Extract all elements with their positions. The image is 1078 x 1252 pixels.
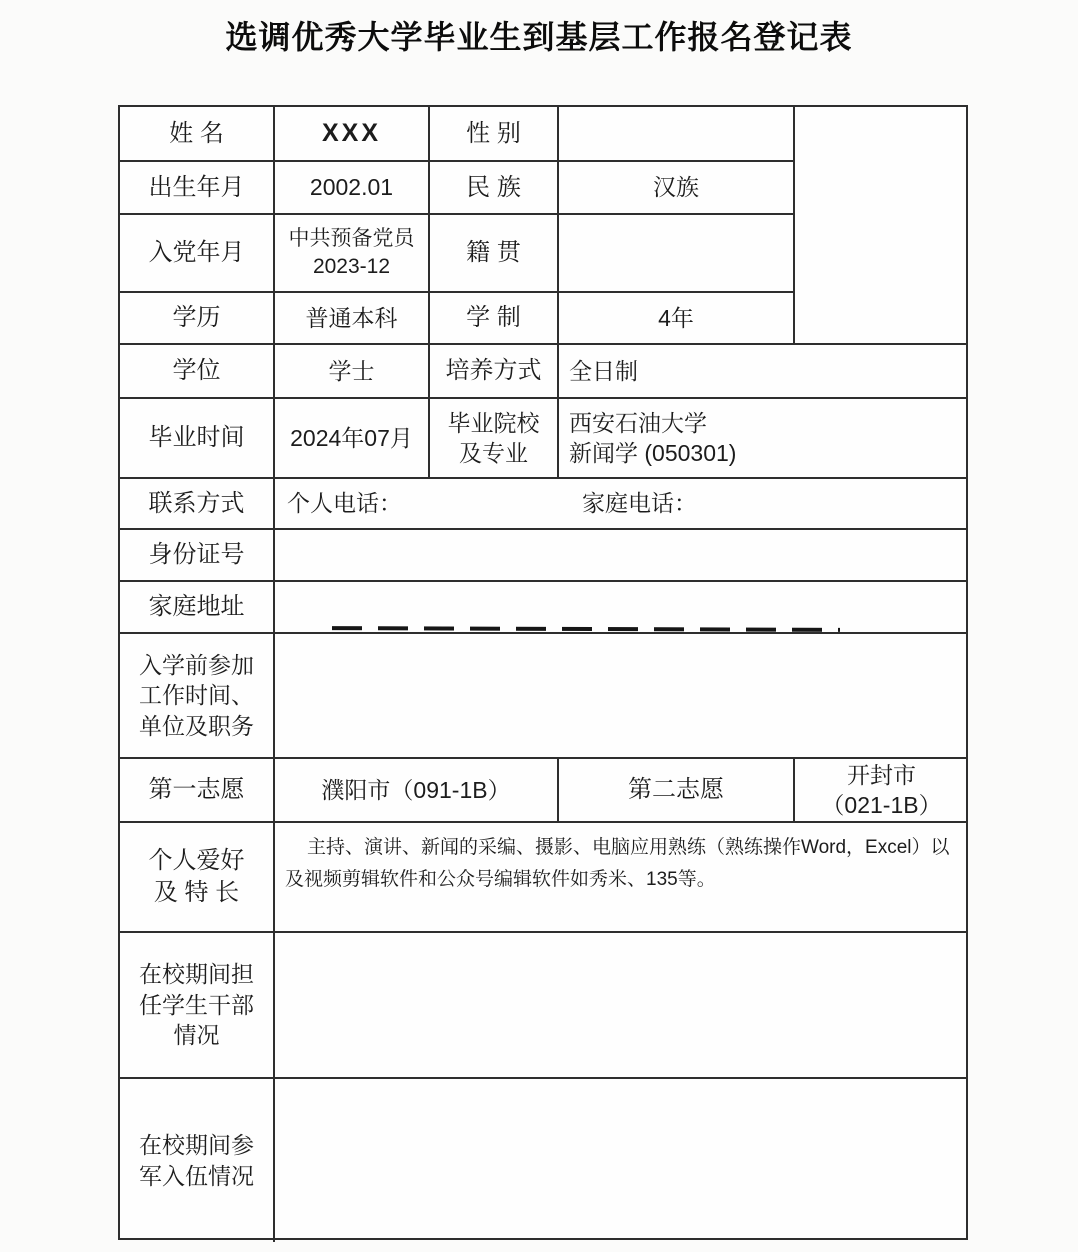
hobbies-value: 主持、演讲、新闻的采编、摄影、电脑应用熟练（熟练操作Word，Excel）以及视… <box>275 823 968 933</box>
native-place-label: 籍 贯 <box>430 215 559 293</box>
military-service-value <box>275 1079 968 1242</box>
hobbies-label: 个人爱好 及 特 长 <box>120 823 275 933</box>
party-join-label: 入党年月 <box>120 215 275 293</box>
home-phone-label: 家庭电话： <box>582 488 697 518</box>
gender-value <box>559 107 795 162</box>
degree-value: 学士 <box>275 345 430 399</box>
student-cadre-label: 在校期间担 任学生干部 情况 <box>120 933 275 1079</box>
first-choice-value: 濮阳市（091-1B） <box>275 759 559 823</box>
id-number-label: 身份证号 <box>120 530 275 582</box>
pre-enrollment-work-value <box>275 634 968 759</box>
pre-enrollment-work-label: 入学前参加 工作时间、 单位及职务 <box>120 634 275 759</box>
degree-label: 学位 <box>120 345 275 399</box>
registration-form-table: 姓 名 XXX 性 别 出生年月 2002.01 民 族 汉族 入党年月 中共预… <box>118 105 968 1240</box>
education-label: 学历 <box>120 293 275 345</box>
native-place-value <box>559 215 795 293</box>
home-address-label: 家庭地址 <box>120 582 275 634</box>
birth-date-value: 2002.01 <box>275 162 430 215</box>
personal-phone-label: 个人电话： <box>287 488 402 518</box>
contact-label: 联系方式 <box>120 479 275 530</box>
party-join-value: 中共预备党员 2023-12 <box>275 215 430 293</box>
photo-box <box>795 107 968 345</box>
name-value: XXX <box>275 107 430 162</box>
education-value: 普通本科 <box>275 293 430 345</box>
student-cadre-value <box>275 933 968 1079</box>
graduation-time-value: 2024年07月 <box>275 399 430 479</box>
training-mode-label: 培养方式 <box>430 345 559 399</box>
birth-date-label: 出生年月 <box>120 162 275 215</box>
school-major-value: 西安石油大学 新闻学 (050301) <box>559 399 968 479</box>
gender-label: 性 别 <box>430 107 559 162</box>
second-choice-label: 第二志愿 <box>559 759 795 823</box>
schooling-length-label: 学 制 <box>430 293 559 345</box>
name-label: 姓 名 <box>120 107 275 162</box>
training-mode-value: 全日制 <box>559 345 968 399</box>
schooling-length-value: 4年 <box>559 293 795 345</box>
second-choice-value: 开封市 （021-1B） <box>795 759 968 823</box>
id-number-value <box>275 530 968 582</box>
page-title: 选调优秀大学毕业生到基层工作报名登记表 <box>0 12 1078 58</box>
military-service-label: 在校期间参 军入伍情况 <box>120 1079 275 1242</box>
school-major-label: 毕业院校 及专业 <box>430 399 559 479</box>
ethnicity-value: 汉族 <box>559 162 795 215</box>
first-choice-label: 第一志愿 <box>120 759 275 823</box>
graduation-time-label: 毕业时间 <box>120 399 275 479</box>
contact-value: 个人电话： 家庭电话： <box>275 479 968 530</box>
ethnicity-label: 民 族 <box>430 162 559 215</box>
